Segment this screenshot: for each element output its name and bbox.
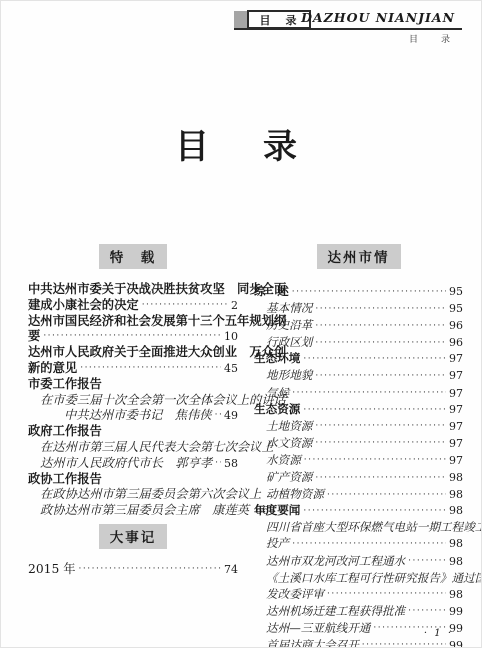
toc-column-left: 特 载中共达州市委关于决战决胜扶贫攻坚 同步全面建成小康社会的决定·······… xyxy=(28,244,238,648)
toc-line: 四川省首座大型环保燃气电站一期工程竣工 xyxy=(254,519,463,535)
dot-leader: ········································… xyxy=(315,418,446,434)
toc-column-right: 达州市情综 述·································… xyxy=(254,244,463,648)
toc-entry-text: 地形地貌 xyxy=(266,367,312,383)
toc-line: 达州市人民政府代市长 郭亨孝··························… xyxy=(28,456,238,472)
toc-line: 投产······································… xyxy=(254,535,463,552)
toc-line: 行政区划····································… xyxy=(254,334,463,351)
toc-entry-text: 历史沿革 xyxy=(266,317,312,333)
toc-entry-text: 行政区划 xyxy=(266,334,312,350)
toc-entry-text: 在政协达州市第三届委员会第六次会议上 xyxy=(40,487,261,503)
toc-page-number: 97 xyxy=(449,386,463,402)
dot-leader: ········································… xyxy=(315,470,446,486)
toc-entry-text: 生态资源 xyxy=(254,402,300,418)
dot-leader: ········································… xyxy=(408,553,446,569)
toc-entry-text: 土地资源 xyxy=(266,418,312,434)
toc-line: 土地资源····································… xyxy=(254,418,463,435)
toc-line: 基本情况····································… xyxy=(254,300,463,317)
dot-leader: ········································… xyxy=(303,503,446,519)
toc-line: 矿产资源····································… xyxy=(254,469,463,486)
journal-title: DAZHOU NIANJIAN xyxy=(301,10,455,25)
page-title: 目 录 xyxy=(1,119,481,168)
toc-entry-text: 要 xyxy=(28,329,40,345)
toc-page-number: 97 xyxy=(449,453,463,469)
toc-entry-text: 在达州市第三届人民代表大会第七次会议上 xyxy=(40,440,274,456)
dot-leader: ········································… xyxy=(303,402,446,418)
toc-line: 建成小康社会的决定·······························… xyxy=(28,298,238,314)
dot-leader: ········································… xyxy=(304,452,446,468)
dot-leader: ········································… xyxy=(315,368,446,384)
toc-page-number: 10 xyxy=(224,329,238,345)
toc-page-number: 58 xyxy=(224,456,238,472)
toc-page-number: 99 xyxy=(449,638,463,648)
toc-line: 政协达州市第三届委员会主席 康莲英·······················… xyxy=(28,503,238,519)
toc-entry-text: 水文资源 xyxy=(266,435,312,451)
toc-entry-text: 中共达州市委关于决战决胜扶贫攻坚 同步全面 xyxy=(28,282,286,298)
dot-leader: ········································… xyxy=(215,408,221,424)
toc-page-number: 98 xyxy=(449,587,463,603)
toc-line: 中共达州市委关于决战决胜扶贫攻坚 同步全面 xyxy=(28,282,238,298)
toc-entry-text: 矿产资源 xyxy=(266,469,312,485)
toc-line: 年度要闻····································… xyxy=(254,503,463,519)
toc-entry-text: 市委工作报告 xyxy=(28,377,102,393)
dot-leader: ········································… xyxy=(315,301,446,317)
toc-entry-text: 达州市双龙河改河工程通水 xyxy=(266,553,405,569)
toc-entry-text: 建成小康社会的决定 xyxy=(28,298,139,314)
toc-entry-text: 政府工作报告 xyxy=(28,424,102,440)
toc-line: 综 述·····································… xyxy=(254,284,463,300)
dot-leader: ········································… xyxy=(315,318,446,334)
dot-leader: ········································… xyxy=(79,562,221,578)
folio-page-number: · 1 · xyxy=(424,628,453,639)
dot-leader: ········································… xyxy=(292,284,446,300)
toc-columns: 特 载中共达州市委关于决战决胜扶贫攻坚 同步全面建成小康社会的决定·······… xyxy=(28,244,463,648)
toc-line: 要·······································… xyxy=(28,329,238,345)
toc-line: 水文资源····································… xyxy=(254,435,463,452)
dot-leader: ········································… xyxy=(315,335,446,351)
toc-line: 《土溪口水库工程可行性研究报告》通过国家 xyxy=(254,570,463,586)
toc-line: 中共达州市委书记 焦伟侠····························… xyxy=(28,408,238,424)
toc-line: 地形地貌····································… xyxy=(254,367,463,384)
toc-page-number: 95 xyxy=(449,284,463,300)
toc-entry-text: 年度要闻 xyxy=(254,503,300,519)
dot-leader: ········································… xyxy=(215,456,221,472)
dot-leader: ········································… xyxy=(408,603,446,619)
toc-line: 动植物资源···································… xyxy=(254,486,463,503)
toc-line: 达州机场迁建工程获得批准····························… xyxy=(254,603,463,620)
header-tab-label: 目 录 xyxy=(260,12,299,28)
dot-leader: ········································… xyxy=(292,536,446,552)
dot-leader: ········································… xyxy=(142,298,228,314)
toc-page-number: 98 xyxy=(449,503,463,519)
toc-line: 达州市双龙河改河工程通水····························… xyxy=(254,553,463,570)
dot-leader: ········································… xyxy=(327,586,446,602)
toc-page-number: 97 xyxy=(449,368,463,384)
toc-page-number: 99 xyxy=(449,604,463,620)
toc-entry-text: 基本情况 xyxy=(266,300,312,316)
toc-entry-text: 中共达州市委书记 焦伟侠 xyxy=(64,408,212,424)
toc-entry-text: 综 述 xyxy=(254,284,289,300)
toc-page-number: 49 xyxy=(224,408,238,424)
toc-entry-text: 水资源 xyxy=(266,452,301,468)
toc-line: 达州市国民经济和社会发展第十三个五年规划纲 xyxy=(28,314,238,330)
toc-page-number: 96 xyxy=(449,318,463,334)
toc-line: 在达州市第三届人民代表大会第七次会议上 xyxy=(28,440,238,456)
toc-line: 生态资源····································… xyxy=(254,402,463,418)
toc-line: 生态环境····································… xyxy=(254,351,463,367)
toc-entry-text: 《土溪口水库工程可行性研究报告》通过国家 xyxy=(266,570,482,586)
toc-line: 在市委三届十次全会第一次全体会议上的讲话 xyxy=(28,393,238,409)
toc-entry-text: 达州市国民经济和社会发展第十三个五年规划纲 xyxy=(28,314,286,330)
toc-line: 历史沿革····································… xyxy=(254,317,463,334)
dot-leader: ········································… xyxy=(303,351,446,367)
toc-entry-text: 投产 xyxy=(266,535,289,551)
toc-entry-text: 首届达商大会召开 xyxy=(266,637,359,648)
toc-page-number: 98 xyxy=(449,536,463,552)
toc-entry-text: 政协工作报告 xyxy=(28,472,102,488)
toc-line: 新的意见····································… xyxy=(28,361,238,377)
toc-page-number: 95 xyxy=(449,301,463,317)
toc-entry-text: 达州机场迁建工程获得批准 xyxy=(266,603,405,619)
dot-leader: ········································… xyxy=(292,385,446,401)
toc-page-number: 97 xyxy=(449,436,463,452)
toc-page-number: 2 xyxy=(231,298,238,314)
toc-page-number: 96 xyxy=(449,335,463,351)
section-heading: 大事记 xyxy=(99,524,168,549)
toc-page-number: 98 xyxy=(449,487,463,503)
toc-entry-text: 2015 年 xyxy=(28,562,76,578)
toc-entry-text: 在市委三届十次全会第一次全体会议上的讲话 xyxy=(40,393,286,409)
toc-line: 气候······································… xyxy=(254,385,463,402)
toc-page-number: 97 xyxy=(449,351,463,367)
toc-page-number: 98 xyxy=(449,554,463,570)
toc-line: 水资源·····································… xyxy=(254,452,463,469)
dot-leader: ········································… xyxy=(362,637,446,648)
toc-entry-text: 达州—三亚航线开通 xyxy=(266,620,370,636)
toc-line: 2015 年··································… xyxy=(28,562,238,578)
dot-leader: ········································… xyxy=(315,435,446,451)
dot-leader: ········································… xyxy=(80,361,221,377)
section-heading: 特 载 xyxy=(99,244,168,269)
toc-entry-text: 政协达州市第三届委员会主席 康莲英 xyxy=(40,503,249,519)
section-heading: 达州市情 xyxy=(317,244,401,269)
toc-entry-text: 四川省首座大型环保燃气电站一期工程竣工 xyxy=(266,519,482,535)
header-tab-square xyxy=(234,11,247,28)
toc-line: 政府工作报告 xyxy=(28,424,238,440)
dot-leader: ········································… xyxy=(43,329,221,345)
toc-entry-text: 气候 xyxy=(266,385,289,401)
toc-line: 发改委评审···································… xyxy=(254,586,463,603)
toc-page-number: 97 xyxy=(449,419,463,435)
toc-page-number: 45 xyxy=(224,361,238,377)
toc-line: 市委工作报告 xyxy=(28,377,238,393)
toc-line: 达州市人民政府关于全面推进大众创业 万众创 xyxy=(28,345,238,361)
toc-entry-text: 达州市人民政府代市长 郭亨孝 xyxy=(40,456,212,472)
dot-leader: ········································… xyxy=(327,487,446,503)
toc-entry-text: 达州市人民政府关于全面推进大众创业 万众创 xyxy=(28,345,286,361)
toc-line: 在政协达州市第三届委员会第六次会议上 xyxy=(28,487,238,503)
toc-line: 政协工作报告 xyxy=(28,472,238,488)
toc-page: 目 录 DAZHOU NIANJIAN 目 录 目 录 特 载中共达州市委关于决… xyxy=(0,0,482,648)
toc-page-number: 74 xyxy=(224,562,238,578)
toc-page-number: 97 xyxy=(449,402,463,418)
toc-entry-text: 发改委评审 xyxy=(266,586,324,602)
toc-entry-text: 新的意见 xyxy=(28,361,77,377)
toc-entry-text: 生态环境 xyxy=(254,351,300,367)
toc-page-number: 98 xyxy=(449,470,463,486)
running-head: 目 录 xyxy=(409,32,457,45)
toc-entry-text: 动植物资源 xyxy=(266,486,324,502)
